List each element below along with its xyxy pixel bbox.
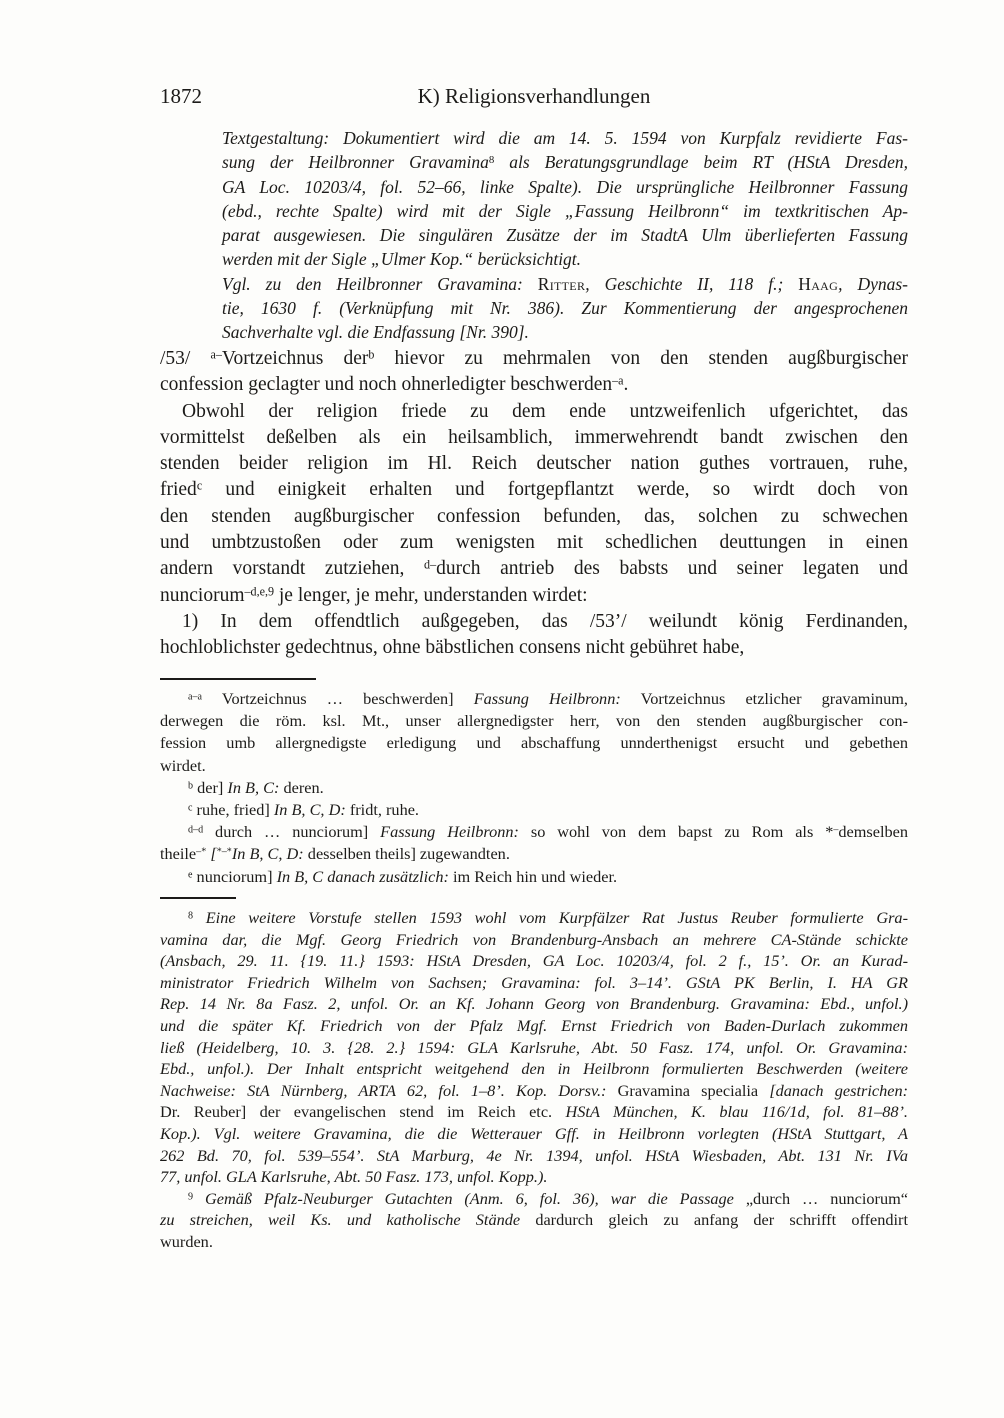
critical-apparatus: a–a Vortzeichnus … beschwerden] Fassung … xyxy=(160,688,908,888)
text-segment: Ebd., unfol.). Der Inhalt entspricht wei… xyxy=(160,1059,908,1078)
running-head: K) Religionsverhandlungen xyxy=(160,84,908,109)
text-line: /53/ a–Vortzeichnus derb hievor zu mehrm… xyxy=(160,346,908,372)
text-segment: dardurch gleich zu anfang der schrifft o… xyxy=(535,1210,908,1229)
text-segment: Fassung Heilbronn: xyxy=(474,689,621,708)
text-segment: so wohl von dem bapst zu Rom als * xyxy=(519,822,833,841)
text-segment: wirdet. xyxy=(160,756,206,775)
text-line: theile–* [*–*In B, C, D: desselben theil… xyxy=(160,843,908,865)
text-segment: a–a xyxy=(188,691,202,702)
text-segment: fession umb allergnedigste erledigung un… xyxy=(160,733,908,752)
text-segment: „durch … nunciorum“ xyxy=(746,1189,908,1208)
apparatus-separator-rule xyxy=(160,678,316,680)
text-line: Sachverhalte vgl. die Endfassung [Nr. 39… xyxy=(222,320,908,344)
text-segment: . xyxy=(624,374,629,395)
text-line: Vgl. zu den Heilbronner Gravamina: Ritte… xyxy=(222,272,908,296)
text-segment: [danach gestrichen: xyxy=(769,1081,908,1100)
text-line: nunciorum–d,e,9 je lenger, je mehr, unde… xyxy=(160,583,908,609)
text-segment: d– xyxy=(424,558,436,572)
text-segment: Vortzeichnus … beschwerden] xyxy=(202,689,474,708)
text-line: (ebd., rechte Spalte) wird mit der Sigle… xyxy=(222,199,908,223)
text-segment: sung der Heilbronner Gravamina xyxy=(222,152,489,172)
text-segment: In B, C: xyxy=(227,778,279,797)
text-segment: vormittelst deßelben als ein heilsamblic… xyxy=(160,427,908,448)
text-segment: als Beratungsgrundlage beim RT (HStA Dre… xyxy=(494,152,908,172)
text-segment: In B, C, D: xyxy=(232,844,304,863)
text-line: friedc und einigkeit erhalten und fortge… xyxy=(160,477,908,503)
text-line: parat ausgewiesen. Die singulären Zusätz… xyxy=(222,223,908,247)
text-segment: 1) In dem offendtlich außgegeben, das /5… xyxy=(182,611,908,632)
text-line: vamina dar, die Mgf. Georg Friedrich von… xyxy=(160,929,908,951)
text-segment: hievor zu mehrmalen von den stenden augß… xyxy=(374,348,908,369)
text-segment: stenden beider religion im Hl. Reich deu… xyxy=(160,453,908,474)
text-segment: a– xyxy=(210,348,221,362)
text-segment: parat ausgewiesen. Die singulären Zusätz… xyxy=(222,225,908,245)
text-line: tie, 1630 f. (Verknüpfung mit Nr. 386). … xyxy=(222,296,908,320)
text-segment: –d,e,9 xyxy=(244,584,274,598)
text-segment: *–* xyxy=(217,847,232,858)
text-segment: andern vorstandt zutziehen, xyxy=(160,558,424,579)
text-line: und umbtzustoßen oder zum wenigsten mit … xyxy=(160,530,908,556)
text-segment: im Reich hin und wieder. xyxy=(449,867,617,886)
page-header: 1872 K) Religionsverhandlungen xyxy=(160,84,908,108)
text-line: ministrator Friedrich Wilhelm von Sachse… xyxy=(160,972,908,994)
text-line: werden mit der Sigle „Ulmer Kop.“ berück… xyxy=(222,247,908,271)
text-segment: der] xyxy=(193,778,227,797)
text-line: andern vorstandt zutziehen, d–durch antr… xyxy=(160,556,908,582)
text-line: 262 Bd. 70, fol. 539–554’. StA Marburg, … xyxy=(160,1145,908,1167)
text-line: a–a Vortzeichnus … beschwerden] Fassung … xyxy=(160,688,908,710)
text-segment: confession geclagter und noch ohnerledig… xyxy=(160,374,612,395)
text-segment: ließ (Heidelberg, 10. 3. {28. 2.} 1594: … xyxy=(160,1038,908,1057)
text-line: Dr. Reuber] der evangelischen stend im R… xyxy=(160,1101,908,1123)
text-segment: Nachweise: StA Nürnberg, ARTA 62, fol. 1… xyxy=(160,1081,618,1100)
text-segment: fried xyxy=(160,479,197,500)
text-segment: Kop.). Vgl. weitere Gravamina, die die W… xyxy=(160,1124,908,1143)
text-line: Obwohl der religion friede zu dem ende u… xyxy=(160,399,908,425)
text-segment: je lenger, je mehr, understanden wirdet: xyxy=(274,585,588,606)
text-segment: , Geschichte II, 118 f.; xyxy=(585,274,798,294)
text-line: c ruhe, fried] In B, C, D: fridt, ruhe. xyxy=(160,799,908,821)
text-segment: ruhe, fried] xyxy=(192,800,273,819)
text-line: (Ansbach, 29. 11. {19. 11.} 1593: HStA D… xyxy=(160,950,908,972)
text-segment: Vgl. zu den Heilbronner Gravamina: xyxy=(222,274,538,294)
text-line: sung der Heilbronner Gravamina8 als Bera… xyxy=(222,150,908,174)
text-segment: und umbtzustoßen oder zum wenigsten mit … xyxy=(160,532,908,553)
text-segment: deren. xyxy=(279,778,323,797)
commentary-footnotes: 8 Eine weitere Vorstufe stellen 1593 woh… xyxy=(160,907,908,1253)
text-line: 9 Gemäß Pfalz-Neuburger Gutachten (Anm. … xyxy=(160,1188,908,1210)
text-segment: /53/ xyxy=(160,348,210,369)
text-segment: Haag xyxy=(798,274,838,294)
text-segment: Textgestaltung: Dokumentiert wird die am… xyxy=(222,128,908,148)
text-segment: , Dynas- xyxy=(838,274,908,294)
text-segment: zu streichen, weil Ks. und katholische S… xyxy=(160,1210,535,1229)
text-line: hochloblichster gedechtnus, ohne bäbstli… xyxy=(160,635,908,661)
text-line: e nunciorum] In B, C danach zusätzlich: … xyxy=(160,866,908,888)
text-segment: und einigkeit erhalten und fortgepflantz… xyxy=(202,479,908,500)
text-segment: (ebd., rechte Spalte) wird mit der Sigle… xyxy=(222,201,908,221)
text-line: den stenden augßburgischer confession be… xyxy=(160,504,908,530)
text-line: Textgestaltung: Dokumentiert wird die am… xyxy=(222,126,908,150)
text-segment: nunciorum xyxy=(160,585,244,606)
text-segment: derwegen die röm. ksl. Mt., unser allerg… xyxy=(160,711,908,730)
text-segment: (Ansbach, 29. 11. {19. 11.} 1593: HStA D… xyxy=(160,951,908,970)
text-line: GA Loc. 10203/4, fol. 52–66, linke Spalt… xyxy=(222,175,908,199)
text-line: fession umb allergnedigste erledigung un… xyxy=(160,732,908,754)
text-segment: In B, C, D: xyxy=(274,800,346,819)
text-segment: demselben xyxy=(838,822,908,841)
text-segment: Dr. Reuber] der evangelischen stend im R… xyxy=(160,1102,566,1121)
text-segment: theile xyxy=(160,844,196,863)
headnote-textgestaltung: Textgestaltung: Dokumentiert wird die am… xyxy=(160,126,908,345)
text-line: Nachweise: StA Nürnberg, ARTA 62, fol. 1… xyxy=(160,1080,908,1102)
text-segment: vamina dar, die Mgf. Georg Friedrich von… xyxy=(160,930,908,949)
text-line: confession geclagter und noch ohnerledig… xyxy=(160,372,908,398)
text-line: 1) In dem offendtlich außgegeben, das /5… xyxy=(160,609,908,635)
text-segment: wurden. xyxy=(160,1232,213,1251)
text-segment: Eine weitere Vorstufe stellen 1593 wohl … xyxy=(193,908,908,927)
text-segment: Gravamina specialia xyxy=(618,1081,770,1100)
text-segment: desselben theils] zugewandten. xyxy=(304,844,510,863)
text-segment: Vortzeichnus der xyxy=(222,348,368,369)
text-segment: Fassung Heilbronn: xyxy=(380,822,519,841)
text-segment: –* xyxy=(196,847,206,858)
text-segment: Gemäß Pfalz-Neuburger Gutachten (Anm. 6,… xyxy=(193,1189,746,1208)
text-segment: durch antrieb des babsts und seiner lega… xyxy=(436,558,908,579)
text-segment: werden mit der Sigle „Ulmer Kop.“ berück… xyxy=(222,249,581,269)
text-line: Ebd., unfol.). Der Inhalt entspricht wei… xyxy=(160,1058,908,1080)
text-line: ließ (Heidelberg, 10. 3. {28. 2.} 1594: … xyxy=(160,1037,908,1059)
text-line: vormittelst deßelben als ein heilsamblic… xyxy=(160,425,908,451)
text-segment: d–d xyxy=(188,825,203,836)
text-line: 77, unfol. GLA Karlsruhe, Abt. 50 Fasz. … xyxy=(160,1166,908,1188)
text-line: Rep. 14 Nr. 8a Fasz. 2, unfol. Or. an Kf… xyxy=(160,993,908,1015)
text-segment: –a xyxy=(612,374,623,388)
main-transcription-text: /53/ a–Vortzeichnus derb hievor zu mehrm… xyxy=(160,346,908,662)
text-segment: ministrator Friedrich Wilhelm von Sachse… xyxy=(160,973,908,992)
text-line: und die später Kf. Friedrich von der Pfa… xyxy=(160,1015,908,1037)
text-segment: durch … nunciorum] xyxy=(203,822,380,841)
text-segment: nunciorum] xyxy=(192,867,276,886)
footnote-separator-rule xyxy=(160,897,236,899)
text-segment: Sachverhalte vgl. die Endfassung [Nr. 39… xyxy=(222,322,529,342)
text-line: derwegen die röm. ksl. Mt., unser allerg… xyxy=(160,710,908,732)
text-line: stenden beider religion im Hl. Reich deu… xyxy=(160,451,908,477)
text-segment: In B, C danach zusätzlich: xyxy=(277,867,449,886)
text-line: wurden. xyxy=(160,1231,908,1253)
text-line: wirdet. xyxy=(160,755,908,777)
text-segment: Obwohl der religion friede zu dem ende u… xyxy=(182,401,908,422)
text-segment: Ritter xyxy=(538,274,585,294)
text-segment: 262 Bd. 70, fol. 539–554’. StA Marburg, … xyxy=(160,1146,908,1165)
text-segment: Rep. 14 Nr. 8a Fasz. 2, unfol. Or. an Kf… xyxy=(160,994,908,1013)
text-segment: HStA München, K. blau 116/1d, fol. 81–88… xyxy=(566,1102,909,1121)
text-segment: 77, unfol. GLA Karlsruhe, Abt. 50 Fasz. … xyxy=(160,1167,547,1186)
text-line: b der] In B, C: deren. xyxy=(160,777,908,799)
text-segment: tie, 1630 f. (Verknüpfung mit Nr. 386). … xyxy=(222,298,908,318)
text-line: zu streichen, weil Ks. und katholische S… xyxy=(160,1209,908,1231)
text-segment: Vortzeichnus etzlicher gravaminum, xyxy=(621,689,908,708)
book-page: 1872 K) Religionsverhandlungen Textgesta… xyxy=(0,0,1004,1418)
text-segment: fridt, ruhe. xyxy=(346,800,419,819)
text-segment: und die später Kf. Friedrich von der Pfa… xyxy=(160,1016,908,1035)
page-number: 1872 xyxy=(160,84,202,109)
text-segment: GA Loc. 10203/4, fol. 52–66, linke Spalt… xyxy=(222,177,908,197)
text-line: 8 Eine weitere Vorstufe stellen 1593 woh… xyxy=(160,907,908,929)
text-segment: hochloblichster gedechtnus, ohne bäbstli… xyxy=(160,637,744,658)
text-segment: den stenden augßburgischer confession be… xyxy=(160,506,908,527)
text-line: Kop.). Vgl. weitere Gravamina, die die W… xyxy=(160,1123,908,1145)
text-line: d–d durch … nunciorum] Fassung Heilbronn… xyxy=(160,821,908,843)
